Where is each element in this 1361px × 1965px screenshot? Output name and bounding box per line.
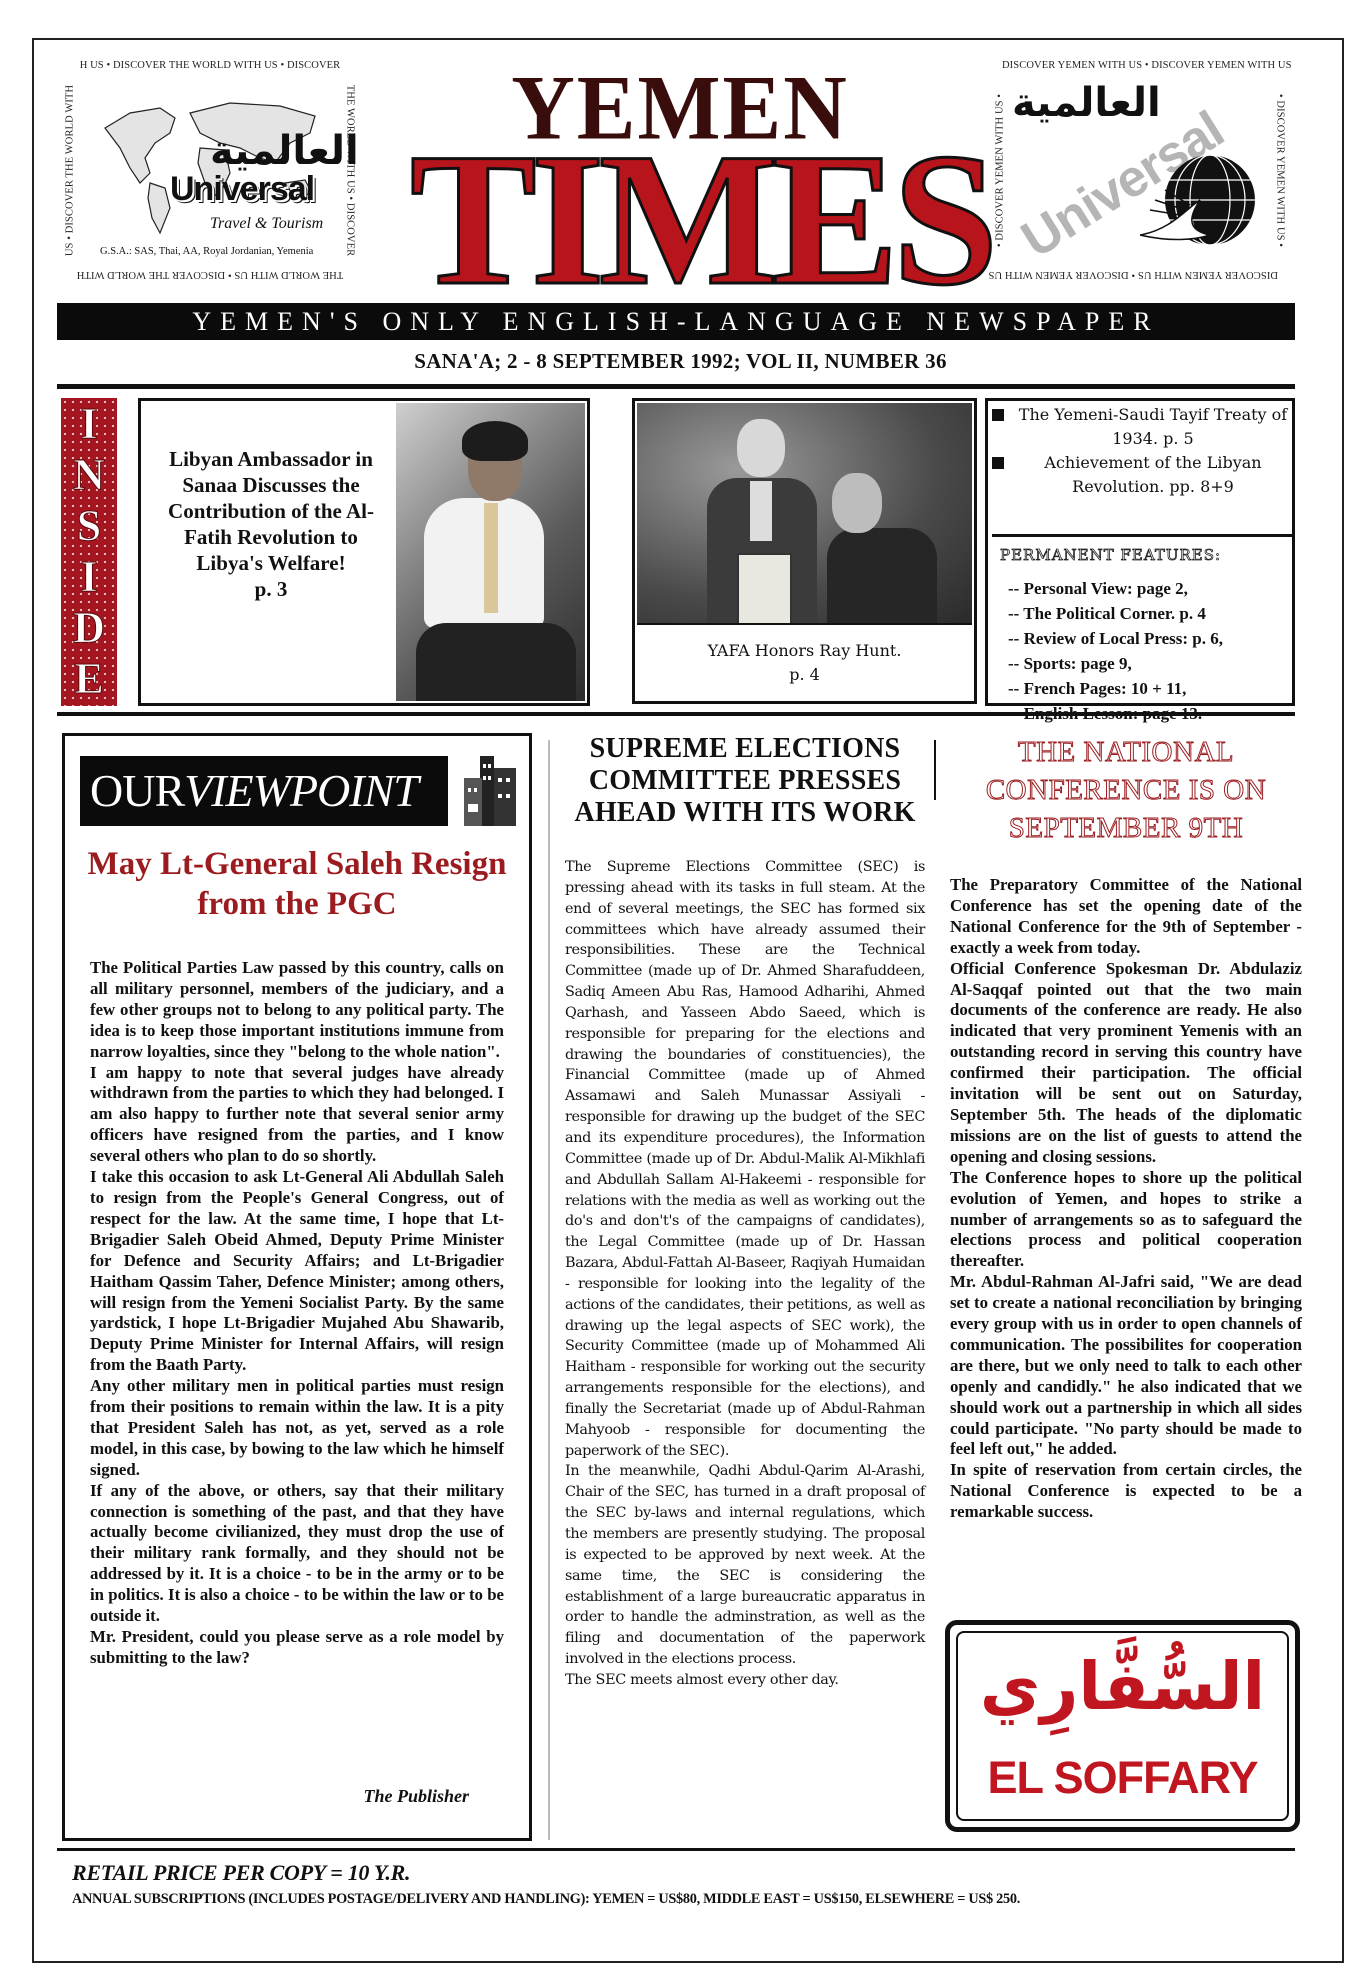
ad-border-left: • DISCOVER YEMEN WITH US • <box>995 66 1006 276</box>
inside-letter: E <box>61 653 117 704</box>
ad-border-top: H US • DISCOVER THE WORLD WITH US • DISC… <box>72 60 348 71</box>
ad-border-right: • DISCOVER YEMEN WITH US • <box>1275 66 1286 276</box>
paragraph: The Preparatory Committee of the Nationa… <box>950 875 1302 959</box>
ad-border-left: US • DISCOVER THE WORLD WITH <box>65 66 76 276</box>
feature-item[interactable]: -- Personal View: page 2, <box>1008 576 1223 601</box>
paragraph: The SEC meets almost every other day. <box>565 1670 925 1691</box>
footer-rule <box>57 1848 1295 1851</box>
tagline-banner: YEMEN'S ONLY ENGLISH-LANGUAGE NEWSPAPER <box>57 303 1295 340</box>
ad-gsa: G.S.A.: SAS, Thai, AA, Royal Jordanian, … <box>100 246 313 257</box>
paragraph: I am happy to note that several judges h… <box>90 1063 504 1168</box>
section-rule <box>57 712 1295 716</box>
inside-letter: S <box>61 500 117 551</box>
viewpoint-header: OURVIEWPOINT <box>80 756 448 826</box>
conference-body: The Preparatory Committee of the Nationa… <box>950 875 1302 1523</box>
yafa-caption-text: YAFA Honors Ray Hunt. <box>635 639 974 663</box>
paragraph: I take this occasion to ask Lt-General A… <box>90 1167 504 1376</box>
el-soffary-ad: السُّفَّارِي EL SOFFARY <box>945 1620 1300 1832</box>
ad-tagline: Travel & Tourism <box>210 215 323 233</box>
conference-headline: THE NATIONAL CONFERENCE IS ON SEPTEMBER … <box>950 733 1302 847</box>
sec-article: SUPREME ELECTIONS COMMITTEE PRESSES AHEA… <box>565 733 925 1691</box>
dateline: SANA'A; 2 - 8 SEPTEMBER 1992; VOL II, NU… <box>0 349 1361 374</box>
inside-letter: N <box>61 449 117 500</box>
viewpoint-body: The Political Parties Law passed by this… <box>90 958 504 1669</box>
el-soffary-latin: EL SOFFARY <box>950 1753 1295 1803</box>
building-icon <box>460 754 522 826</box>
teaser-text: The Yemeni-Saudi Tayif Treaty of 1934. p… <box>1019 405 1287 448</box>
dove-globe-icon <box>1140 140 1260 260</box>
viewpoint-editorial: OURVIEWPOINT May Lt-General Saleh Resign… <box>62 733 532 1841</box>
viewpoint-headline: May Lt-General Saleh Resign from the PGC <box>65 844 529 924</box>
inside-story-headline: Libyan Ambassador in Sanaa Discusses the… <box>151 446 391 576</box>
el-soffary-arabic: السُّفَّارِي <box>950 1637 1295 1737</box>
ad-border-bottom: THE WORLD WITH US • DISCOVER THE WORLD W… <box>72 269 348 280</box>
inside-label: I N S I D E <box>61 398 117 706</box>
column-divider <box>934 740 936 800</box>
universal-yemen-ad: DISCOVER YEMEN WITH US • DISCOVER YEMEN … <box>990 60 1290 280</box>
inside-story-page: p. 3 <box>151 576 391 602</box>
inside-index: The Yemeni-Saudi Tayif Treaty of 1934. p… <box>985 398 1295 706</box>
inside-story-text: Libyan Ambassador in Sanaa Discusses the… <box>151 446 391 602</box>
ad-border-bottom: DISCOVER YEMEN WITH US • DISCOVER YEMEN … <box>1002 269 1278 280</box>
teaser-item[interactable]: Achievement of the Libyan Revolution. pp… <box>992 451 1292 499</box>
yafa-caption: YAFA Honors Ray Hunt. p. 4 <box>635 639 974 687</box>
paragraph: Mr. Abdul-Rahman Al-Jafri said, "We are … <box>950 1272 1302 1460</box>
conference-article: THE NATIONAL CONFERENCE IS ON SEPTEMBER … <box>950 733 1302 1523</box>
paragraph: The Supreme Elections Committee (SEC) is… <box>565 857 925 1461</box>
teaser-item[interactable]: The Yemeni-Saudi Tayif Treaty of 1934. p… <box>992 403 1292 451</box>
paragraph: In the meanwhile, Qadhi Abdul-Qarim Al-A… <box>565 1461 925 1669</box>
ad-border-top: DISCOVER YEMEN WITH US • DISCOVER YEMEN … <box>1002 60 1278 71</box>
paragraph: The Political Parties Law passed by this… <box>90 958 504 1063</box>
ad-brand: Universal <box>170 170 314 209</box>
teaser-list: The Yemeni-Saudi Tayif Treaty of 1934. p… <box>992 403 1292 537</box>
ambassador-photo <box>396 403 585 701</box>
viewpoint-word: VIEWPOINT <box>184 765 418 816</box>
ad-arabic-name: العالمية <box>1012 80 1161 126</box>
feature-item[interactable]: -- Review of Local Press: p. 6, <box>1008 626 1223 651</box>
paragraph: Any other military men in political part… <box>90 1376 504 1481</box>
inside-letter: D <box>61 602 117 653</box>
inside-story-yafa[interactable]: YAFA Honors Ray Hunt. p. 4 <box>632 398 977 704</box>
square-bullet-icon <box>992 409 1004 421</box>
viewpoint-our: OUR <box>90 765 184 816</box>
feature-item[interactable]: -- French Pages: 10 + 11, <box>1008 676 1223 701</box>
universal-travel-ad: H US • DISCOVER THE WORLD WITH US • DISC… <box>60 60 360 280</box>
paragraph: Official Conference Spokesman Dr. Abdula… <box>950 959 1302 1168</box>
subscription-rates: ANNUAL SUBSCRIPTIONS (INCLUDES POSTAGE/D… <box>72 1891 1020 1908</box>
column-divider <box>548 740 550 1840</box>
paragraph: If any of the above, or others, say that… <box>90 1481 504 1627</box>
masthead-title-times: TIMES <box>410 125 950 315</box>
feature-item[interactable]: -- The Political Corner. p. 4 <box>1008 601 1223 626</box>
feature-item[interactable]: -- Sports: page 9, <box>1008 651 1223 676</box>
inside-story-libyan-ambassador[interactable]: Libyan Ambassador in Sanaa Discusses the… <box>138 398 590 706</box>
paragraph: The Conference hopes to shore up the pol… <box>950 1168 1302 1273</box>
features-title: PERMANENT FEATURES: <box>1000 546 1221 564</box>
paragraph: Mr. President, could you please serve as… <box>90 1627 504 1669</box>
viewpoint-signature: The Publisher <box>363 1786 469 1807</box>
paragraph: In spite of reservation from certain cir… <box>950 1460 1302 1523</box>
features-list: -- Personal View: page 2, -- The Politic… <box>1008 576 1223 726</box>
inside-letter: I <box>61 551 117 602</box>
teaser-text: Achievement of the Libyan Revolution. pp… <box>1044 453 1261 496</box>
masthead-rule <box>57 384 1295 389</box>
ad-arabic-name: العالمية <box>210 128 359 174</box>
inside-letter: I <box>61 398 117 449</box>
sec-body: The Supreme Elections Committee (SEC) is… <box>565 857 925 1691</box>
sec-headline: SUPREME ELECTIONS COMMITTEE PRESSES AHEA… <box>565 733 925 829</box>
retail-price: RETAIL PRICE PER COPY = 10 Y.R. <box>72 1860 410 1886</box>
yafa-caption-page: p. 4 <box>635 663 974 687</box>
yafa-award-photo <box>637 403 972 625</box>
square-bullet-icon <box>992 457 1004 469</box>
